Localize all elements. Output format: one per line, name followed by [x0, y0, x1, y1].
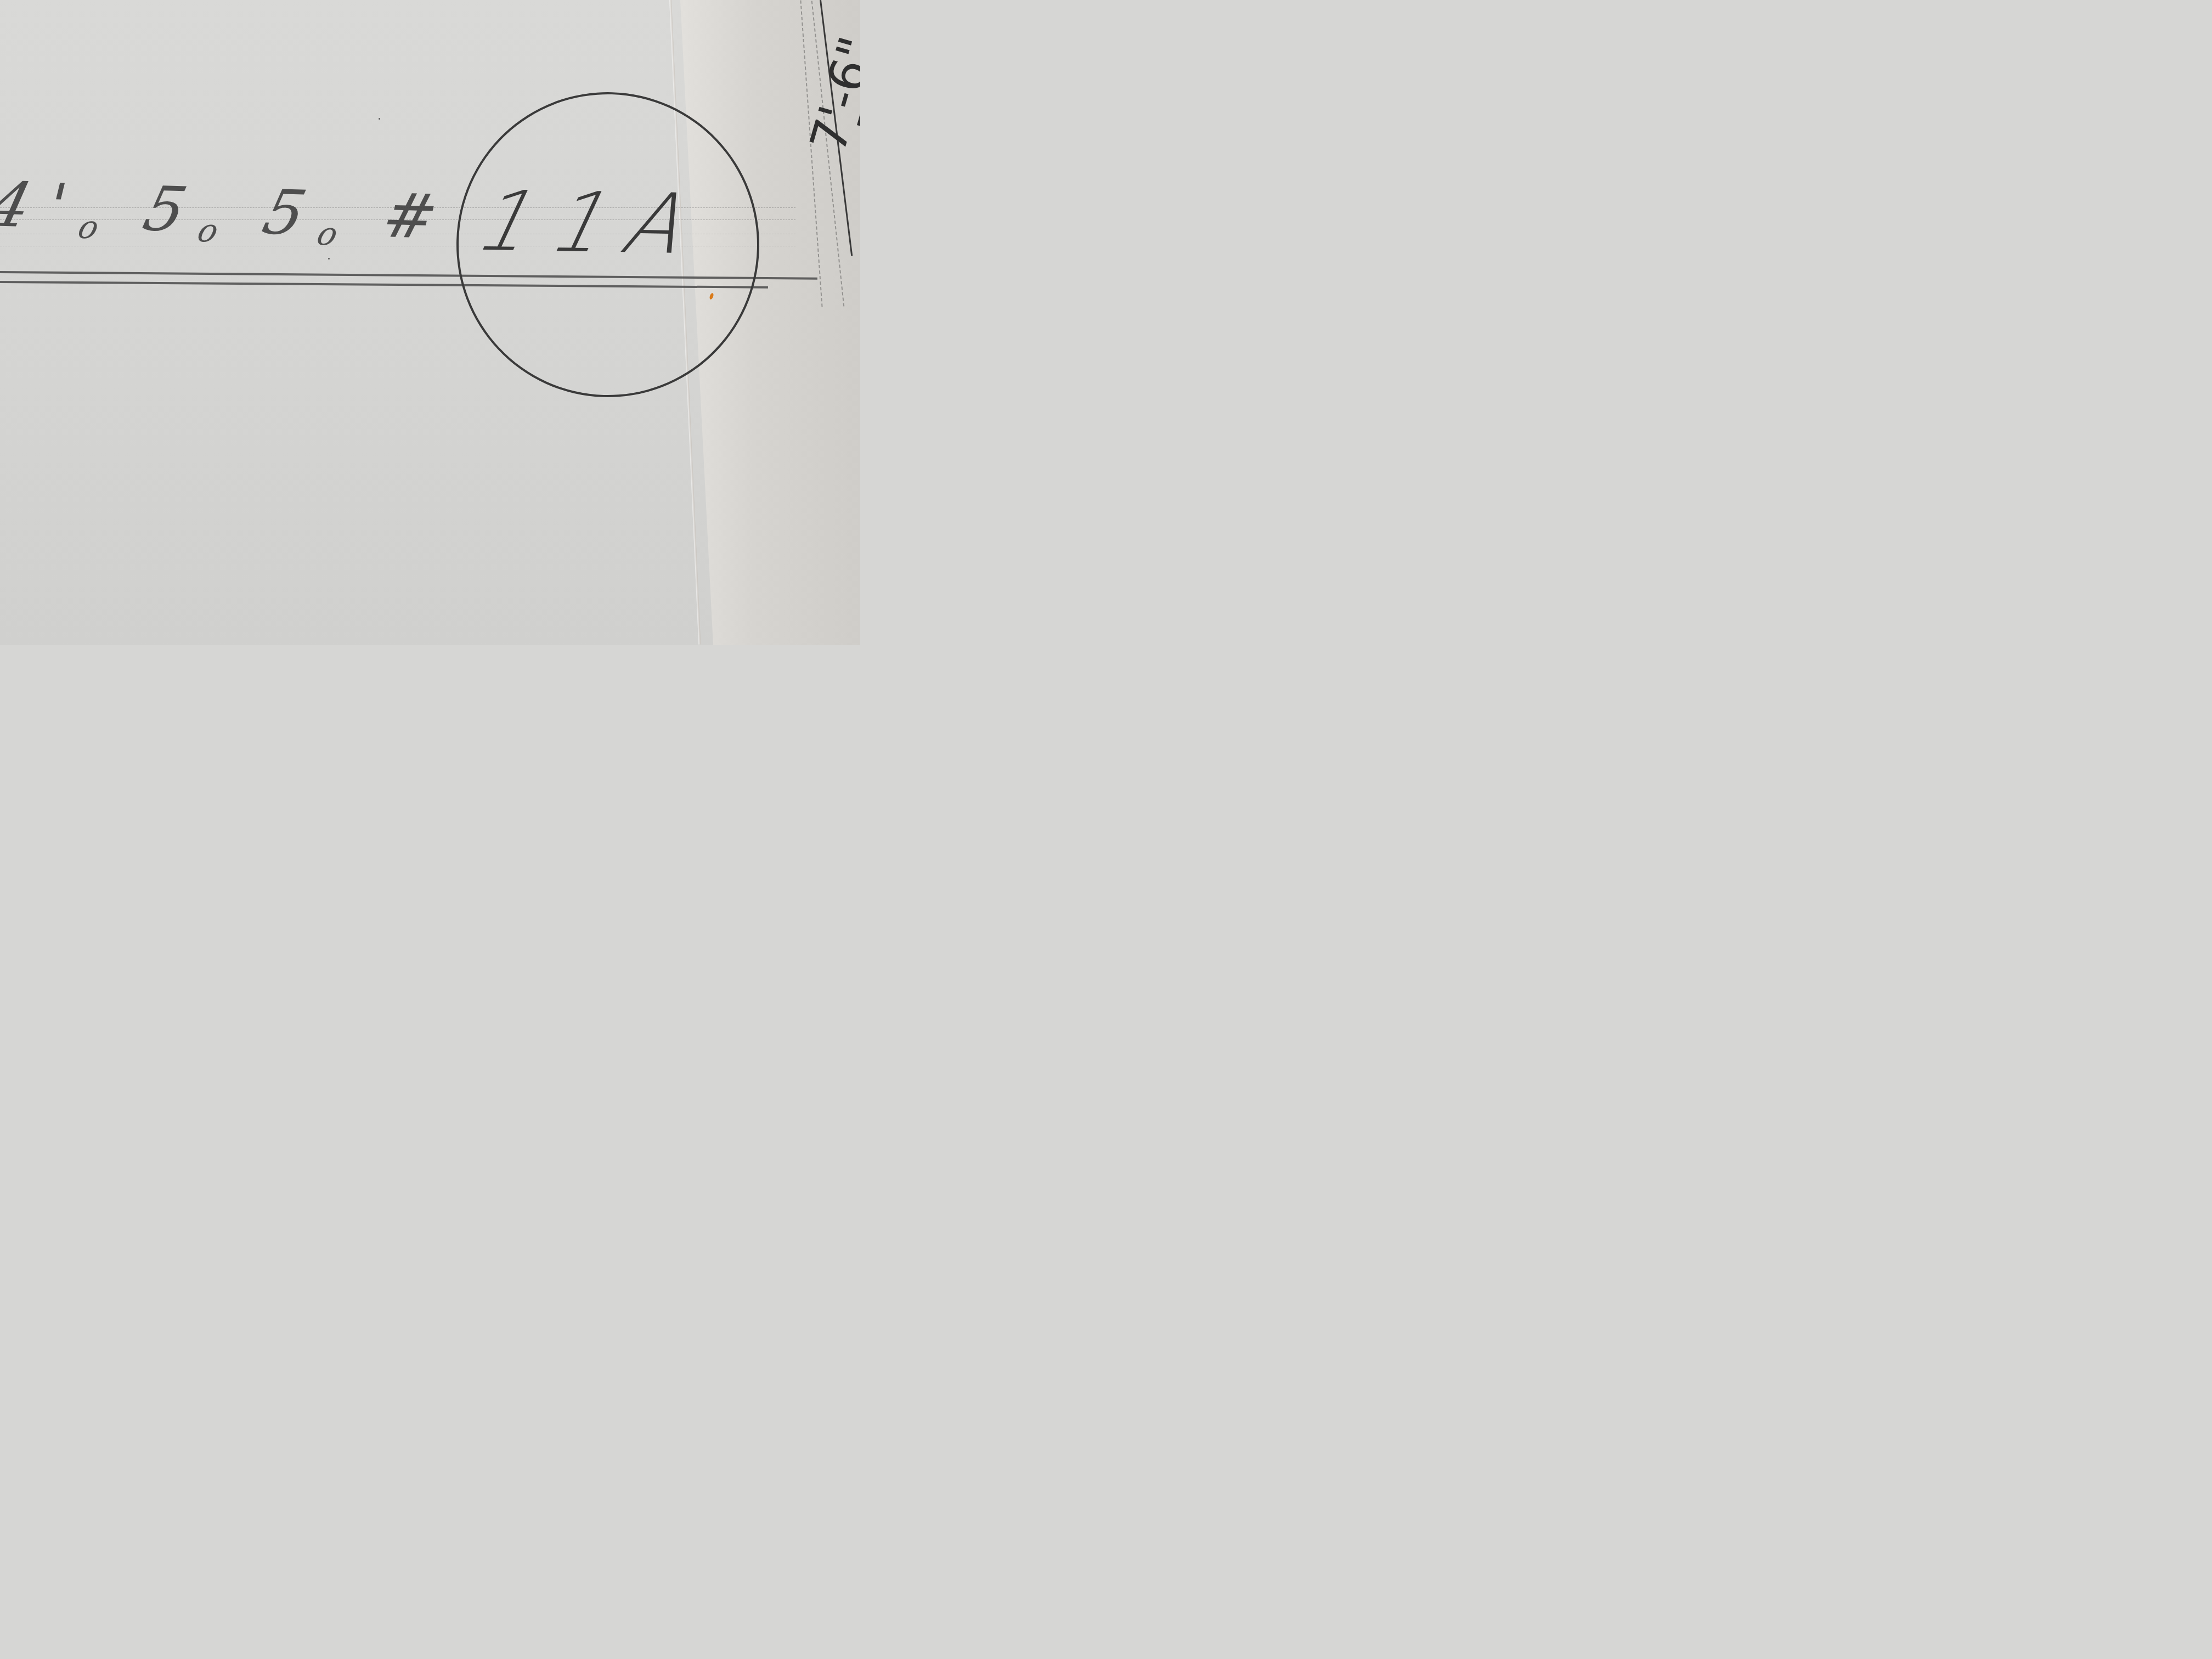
pencil-speck [328, 258, 330, 259]
pencil-speck [379, 118, 380, 120]
handwritten-lettering: 4'o 5o 5o # [0, 170, 463, 256]
detail-callout-label: 11A [461, 173, 731, 273]
